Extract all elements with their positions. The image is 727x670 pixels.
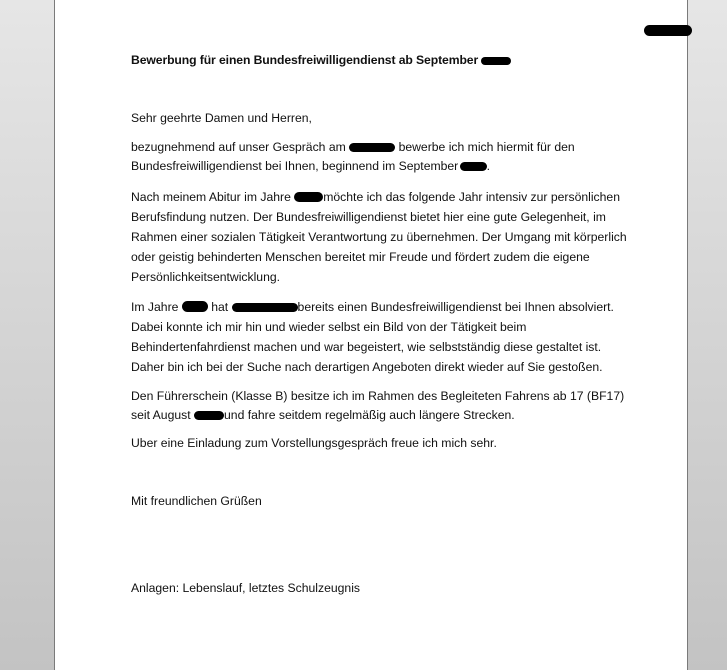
redacted-name	[232, 303, 298, 312]
paragraph-license: Den Führerschein (Klasse B) besitze ich …	[131, 386, 621, 425]
paragraph-interview: bezugnehmend auf unser Gespräch am bewer…	[131, 137, 621, 176]
redacted-date	[644, 25, 692, 36]
closing: Mit freundlichen Grüßen	[131, 491, 621, 511]
redacted-year	[294, 192, 323, 202]
salutation: Sehr geehrte Damen und Herren,	[131, 108, 621, 128]
paragraph-experience: Im Jahre hat bereits einen Bundesfreiwil…	[131, 297, 621, 377]
paragraph-motivation: Nach meinem Abitur im Jahre möchte ich d…	[131, 187, 621, 287]
redacted-year	[182, 301, 208, 312]
redacted-year	[194, 411, 224, 420]
redacted-date	[349, 143, 395, 152]
paragraph-invitation: Uber eine Einladung zum Vorstellungsgesp…	[131, 433, 621, 453]
document-page: Bewerbung für einen Bundesfreiwilligendi…	[54, 0, 688, 670]
attachments: Anlagen: Lebenslauf, letztes Schulzeugni…	[131, 578, 621, 598]
redacted-year	[460, 162, 487, 171]
redacted-year	[481, 57, 511, 65]
letter-subject: Bewerbung für einen Bundesfreiwilligendi…	[131, 50, 511, 70]
